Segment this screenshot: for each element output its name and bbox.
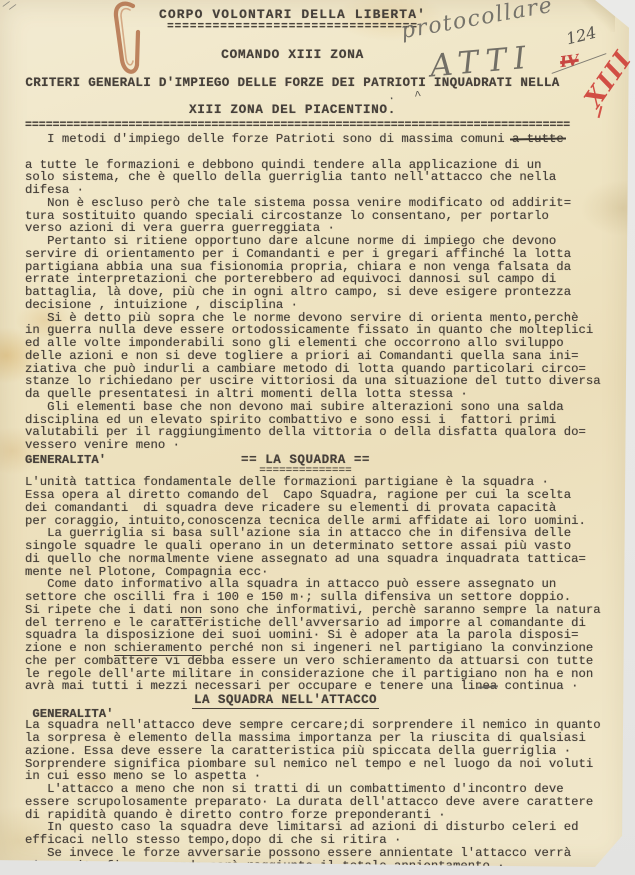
text-line: che per combattere vi debba essere un ve… [25,655,610,668]
organization-title: CORPO VOLONTARI DELLA LIBERTA' [0,7,585,22]
text-line: battaglia, là dove, più che in ogni altr… [25,286,610,299]
text-line: ed alle volte imponderabili sono gli ele… [25,337,610,350]
text-line: la sorpresa è elemento della massima imp… [25,732,610,745]
title-rule: ========================================… [25,120,610,131]
text-line: Se invece le forze avversarie possono es… [25,847,610,860]
text-line: zione e non schieramento perché non si i… [25,642,610,655]
text-line: Essa opera al diretto comando del Capo S… [25,489,610,502]
squadra-section-header: GENERALITA' == LA SQUADRA == [25,453,610,467]
text-line: dei comandanti di squadra deve ricadere … [25,502,610,515]
document-title-line2: XIII ZONA DEL PIACENTINO. [0,102,585,117]
text-line: Gli elementi base che non devono mai sub… [25,401,610,414]
squadra-section: L'unità tattica fondamentale delle forma… [25,476,610,693]
document-title-line1: CRITERI GENERALI D'IMPIEGO DELLE FORZE D… [0,76,585,90]
text-line: servire di orientamento per i Comandanti… [25,248,610,261]
text-line: efficaci nello stesso tempo,dopo di che … [25,834,610,847]
intro-section: I metodi d'impiego delle forze Patrioti … [25,133,610,452]
text-line: difesa · [25,184,610,197]
text-line: Pertanto si ritiene opportuno dare alcun… [25,235,610,248]
document-page: CORPO VOLONTARI DELLA LIBERTA' =========… [0,0,629,867]
text-line: essere scrupolosamente preparato· La dur… [25,796,610,809]
attacco-section-title: LA SQUADRA NELL'ATTACCO [0,693,578,707]
attacco-section: La squadra nell'attacco deve sempre cerc… [25,719,610,872]
text-line: solo sistema, che è quello della guerrig… [25,171,610,184]
text-line [25,146,610,159]
attacco-section-header: LA SQUADRA NELL'ATTACCO [25,693,610,707]
text-line: 'oseguito fino a quando sarà raggiunto i… [25,860,610,873]
text-line: singole squadre le quali operano in un d… [25,540,610,553]
text-line: vessero venire meno · [25,439,610,452]
text-line: decisione , intuizione , disciplina · [25,299,610,312]
organization-title-rule: ================================= [0,22,585,32]
command-title: COMANDO XIII ZONA [0,47,585,62]
text-line: da quelle presentatesi in altri momenti … [25,388,610,401]
text-line: Non è escluso però che tale sistema poss… [25,197,610,210]
text-line: avrà mai tutti i mezzi necessari per occ… [25,680,610,693]
text-line: settore che oscilli fra i 100 e 150 m·; … [25,591,610,604]
text-line: azione. Essa deve essere la caratteristi… [25,745,610,758]
text-line: delle azioni e non si deve togliere a pr… [25,350,610,363]
text-line: Si ripete che i dati non sono che inform… [25,604,610,617]
scanned-document-background: CORPO VOLONTARI DELLA LIBERTA' =========… [0,0,635,875]
text-line: L'attacco a meno che non si tratti di un… [25,783,610,796]
squadra-title-rule: ============== [13,466,598,476]
text-line: I metodi d'impiego delle forze Patrioti … [25,133,610,146]
typewritten-content: CORPO VOLONTARI DELLA LIBERTA' =========… [25,2,610,872]
text-line: di quello che normalmente viene assegnat… [25,553,610,566]
